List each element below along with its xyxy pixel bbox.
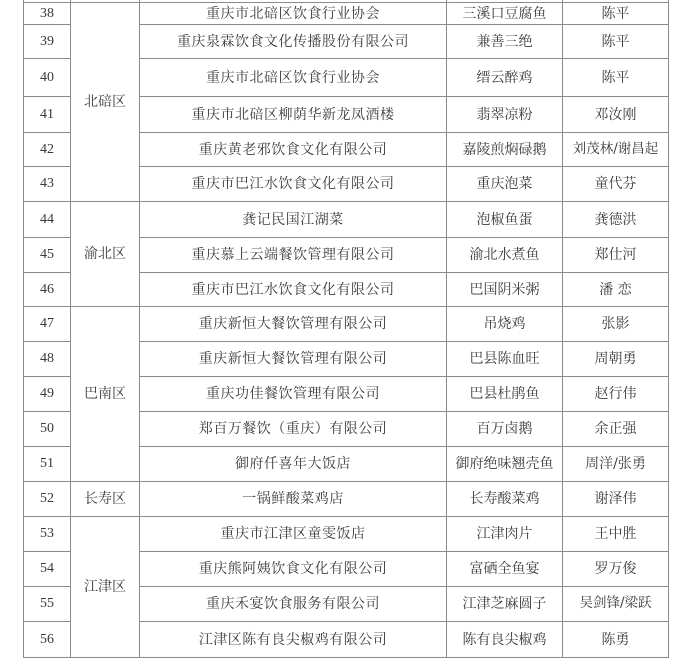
table-row: 53 江津区 重庆市江津区童雯饭店 江津肉片 王中胜: [24, 517, 669, 552]
dish-cell: 三溪口豆腐鱼: [447, 3, 563, 25]
person-cell: 陈勇: [563, 622, 669, 658]
person-cell: 陈平: [563, 25, 669, 59]
row-number: 53: [24, 517, 71, 552]
organization-cell: 江津区陈有良尖椒鸡有限公司: [140, 622, 447, 658]
district-cell: 渝北区: [71, 202, 140, 307]
person-cell: 龚德洪: [563, 202, 669, 238]
row-number: 43: [24, 167, 71, 202]
row-number: 44: [24, 202, 71, 238]
row-number: 41: [24, 97, 71, 133]
dish-cell: 吊烧鸡: [447, 307, 563, 342]
district-cell: 巴南区: [71, 307, 140, 482]
organization-cell: 重庆市北碚区饮食行业协会: [140, 3, 447, 25]
table-row: 52 长寿区 一锅鲜酸菜鸡店 长寿酸菜鸡 谢泽伟: [24, 482, 669, 517]
table-row: 38 北碚区 重庆市北碚区饮食行业协会 三溪口豆腐鱼 陈平: [24, 3, 669, 25]
dish-cell: 陈有良尖椒鸡: [447, 622, 563, 658]
table-row: 47 巴南区 重庆新恒大餐饮管理有限公司 吊烧鸡 张影: [24, 307, 669, 342]
dish-cell: 巴县陈血旺: [447, 342, 563, 377]
dish-cell: 百万卤鹅: [447, 412, 563, 447]
row-number: 49: [24, 377, 71, 412]
row-number: 47: [24, 307, 71, 342]
dish-cell: 翡翠凉粉: [447, 97, 563, 133]
organization-cell: 重庆市巴江水饮食文化有限公司: [140, 167, 447, 202]
row-number: 54: [24, 552, 71, 587]
person-cell: 谢泽伟: [563, 482, 669, 517]
person-cell: 王中胜: [563, 517, 669, 552]
row-number: 52: [24, 482, 71, 517]
organization-cell: 重庆市江津区童雯饭店: [140, 517, 447, 552]
organization-cell: 重庆市北碚区柳荫华新龙凤酒楼: [140, 97, 447, 133]
dish-cell: 江津肉片: [447, 517, 563, 552]
row-number: 45: [24, 238, 71, 273]
dish-cell: 泡椒鱼蛋: [447, 202, 563, 238]
dish-cell: 缙云醉鸡: [447, 59, 563, 97]
organization-cell: 重庆慕上云端餐饮管理有限公司: [140, 238, 447, 273]
organization-cell: 重庆功佳餐饮管理有限公司: [140, 377, 447, 412]
dish-cell: 巴国阴米粥: [447, 273, 563, 307]
person-cell: 张影: [563, 307, 669, 342]
organization-cell: 龚记民国江湖菜: [140, 202, 447, 238]
person-cell: 余正强: [563, 412, 669, 447]
heritage-dish-table: 38 北碚区 重庆市北碚区饮食行业协会 三溪口豆腐鱼 陈平 39 重庆泉霖饮食文…: [23, 0, 669, 658]
person-cell: 潘 恋: [563, 273, 669, 307]
row-number: 42: [24, 133, 71, 167]
organization-cell: 重庆禾宴饮食服务有限公司: [140, 587, 447, 622]
district-cell: 北碚区: [71, 3, 140, 202]
person-cell: 吴剑锋/梁跃: [563, 587, 669, 622]
organization-cell: 重庆泉霖饮食文化传播股份有限公司: [140, 25, 447, 59]
person-cell: 邓汝刚: [563, 97, 669, 133]
row-number: 38: [24, 3, 71, 25]
organization-cell: 一锅鲜酸菜鸡店: [140, 482, 447, 517]
organization-cell: 郑百万餐饮（重庆）有限公司: [140, 412, 447, 447]
organization-cell: 重庆黄老邪饮食文化有限公司: [140, 133, 447, 167]
organization-cell: 重庆新恒大餐饮管理有限公司: [140, 342, 447, 377]
row-number: 48: [24, 342, 71, 377]
person-cell: 赵行伟: [563, 377, 669, 412]
row-number: 56: [24, 622, 71, 658]
organization-cell: 重庆新恒大餐饮管理有限公司: [140, 307, 447, 342]
dish-cell: 长寿酸菜鸡: [447, 482, 563, 517]
row-number: 46: [24, 273, 71, 307]
row-number: 55: [24, 587, 71, 622]
dish-cell: 嘉陵煎焖碌鹅: [447, 133, 563, 167]
table-row: 44 渝北区 龚记民国江湖菜 泡椒鱼蛋 龚德洪: [24, 202, 669, 238]
dish-cell: 重庆泡菜: [447, 167, 563, 202]
organization-cell: 重庆熊阿姨饮食文化有限公司: [140, 552, 447, 587]
organization-cell: 御府仟喜年大饭店: [140, 447, 447, 482]
dish-cell: 渝北水煮鱼: [447, 238, 563, 273]
row-number: 50: [24, 412, 71, 447]
person-cell: 罗万俊: [563, 552, 669, 587]
dish-cell: 御府绝味翘壳鱼: [447, 447, 563, 482]
person-cell: 童代芬: [563, 167, 669, 202]
district-cell: 江津区: [71, 517, 140, 658]
person-cell: 郑仕河: [563, 238, 669, 273]
person-cell: 周朝勇: [563, 342, 669, 377]
row-number: 39: [24, 25, 71, 59]
organization-cell: 重庆市北碚区饮食行业协会: [140, 59, 447, 97]
person-cell: 陈平: [563, 59, 669, 97]
organization-cell: 重庆市巴江水饮食文化有限公司: [140, 273, 447, 307]
district-cell: 长寿区: [71, 482, 140, 517]
dish-cell: 富硒全鱼宴: [447, 552, 563, 587]
person-cell: 陈平: [563, 3, 669, 25]
row-number: 40: [24, 59, 71, 97]
row-number: 51: [24, 447, 71, 482]
dish-cell: 兼善三绝: [447, 25, 563, 59]
person-cell: 周洋/张勇: [563, 447, 669, 482]
person-cell: 刘茂林/谢昌起: [563, 133, 669, 167]
dish-cell: 江津芝麻圆子: [447, 587, 563, 622]
dish-cell: 巴县杜鹃鱼: [447, 377, 563, 412]
